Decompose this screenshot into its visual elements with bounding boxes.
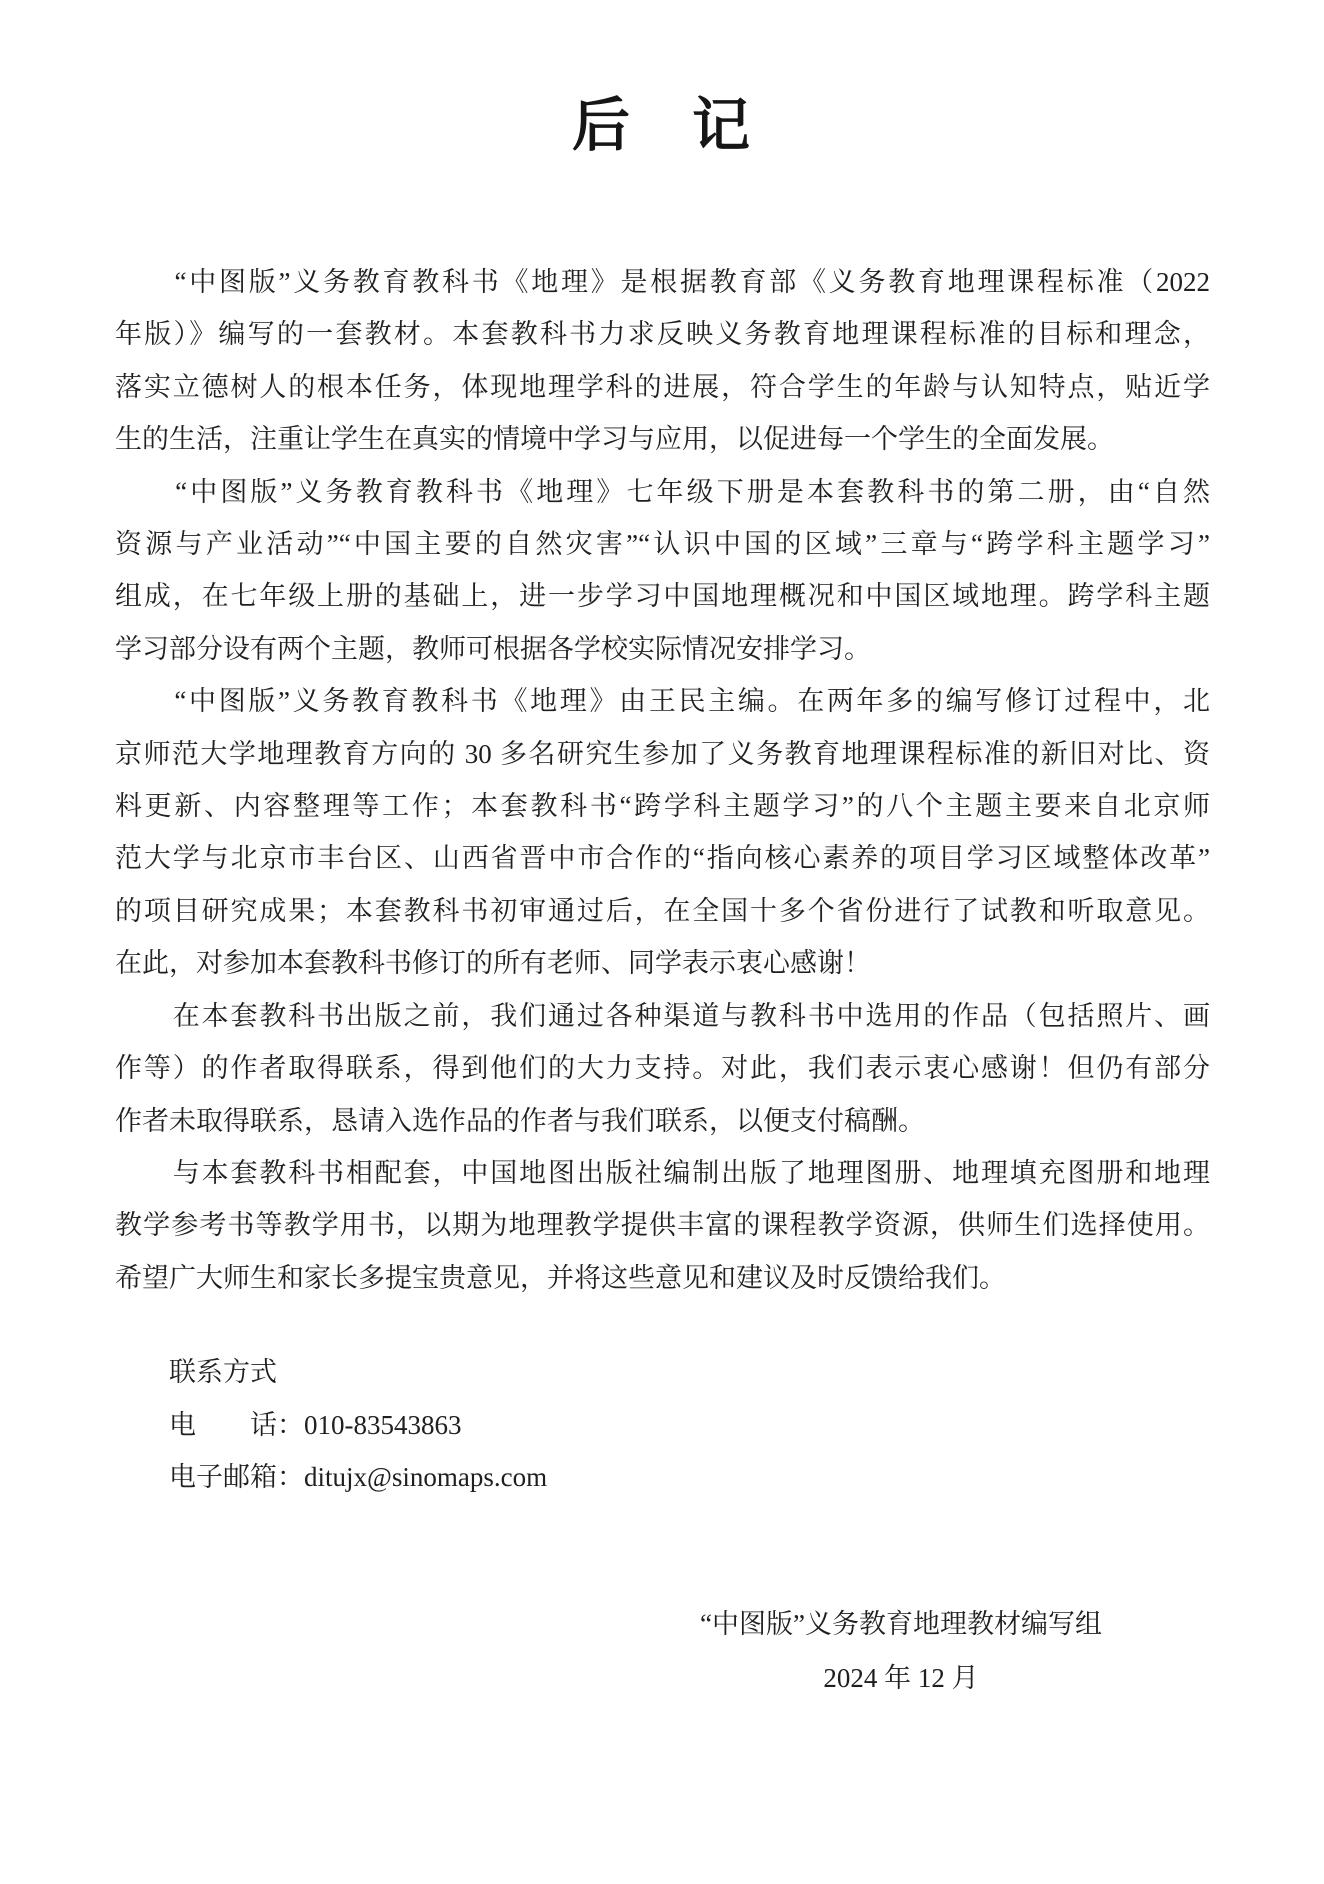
paragraph-line: 希望广大师生和家长多提宝贵意见，并将这些意见和建议及时反馈给我们。	[115, 1252, 1210, 1304]
paragraph-line: 生的生活，注重让学生在真实的情境中学习与应用，以促进每一个学生的全面发展。	[115, 413, 1210, 465]
signature-block: “中图版”义务教育地理教材编写组 2024 年 12 月	[700, 1597, 1102, 1705]
afterword-page: 后 记 “中图版”义务教育教科书《地理》是根据教育部《义务教育地理课程标准（20…	[0, 0, 1324, 1884]
paragraph-line: “中图版”义务教育教科书《地理》七年级下册是本套教科书的第二册，由“自然	[115, 466, 1210, 518]
paragraph-line: 学习部分设有两个主题，教师可根据各学校实际情况安排学习。	[115, 623, 1210, 675]
email-label: 电子邮箱：	[169, 1462, 304, 1492]
paragraph-line: 的项目研究成果；本套教科书初审通过后，在全国十多个省份进行了试教和听取意见。	[115, 885, 1210, 937]
paragraph-line: 教学参考书等教学用书，以期为地理教学提供丰富的课程教学资源，供师生们选择使用。	[115, 1199, 1210, 1251]
paragraph-line: “中图版”义务教育教科书《地理》是根据教育部《义务教育地理课程标准（2022	[115, 256, 1210, 308]
signature-group: “中图版”义务教育地理教材编写组	[700, 1597, 1102, 1651]
paragraph-line: 在此，对参加本套教科书修订的所有老师、同学表示衷心感谢！	[115, 937, 1210, 989]
phone-label: 电 话：	[169, 1410, 304, 1440]
paragraph-line: 落实立德树人的根本任务，体现地理学科的进展，符合学生的年龄与认知特点，贴近学	[115, 361, 1210, 413]
email-value: ditujx@sinomaps.com	[304, 1462, 547, 1492]
phone-value: 010-83543863	[304, 1410, 462, 1440]
contact-phone-line: 电 话：010-83543863	[169, 1399, 1324, 1451]
paragraph-line: 在本套教科书出版之前，我们通过各种渠道与教科书中选用的作品（包括照片、画	[115, 990, 1210, 1042]
paragraph-line: 京师范大学地理教育方向的 30 多名研究生参加了义务教育地理课程标准的新旧对比、…	[115, 728, 1210, 780]
page-title: 后 记	[0, 0, 1324, 155]
contact-section: 联系方式 电 话：010-83543863 电子邮箱：ditujx@sinoma…	[0, 1346, 1324, 1503]
body-paragraphs: “中图版”义务教育教科书《地理》是根据教育部《义务教育地理课程标准（2022年版…	[0, 256, 1324, 1304]
paragraph-line: 年版）》编写的一套教材。本套教科书力求反映义务教育地理课程标准的目标和理念，	[115, 308, 1210, 360]
paragraph-line: 料更新、内容整理等工作；本套教科书“跨学科主题学习”的八个主题主要来自北京师	[115, 780, 1210, 832]
paragraph-line: 作者未取得联系，恳请入选作品的作者与我们联系，以便支付稿酬。	[115, 1095, 1210, 1147]
contact-heading: 联系方式	[169, 1346, 1324, 1398]
paragraph-line: 范大学与北京市丰台区、山西省晋中市合作的“指向核心素养的项目学习区域整体改革”	[115, 832, 1210, 884]
paragraph-line: 作等）的作者取得联系，得到他们的大力支持。对此，我们表示衷心感谢！但仍有部分	[115, 1042, 1210, 1094]
paragraph-line: 资源与产业活动”“中国主要的自然灾害”“认识中国的区域”三章与“跨学科主题学习”	[115, 518, 1210, 570]
signature-date: 2024 年 12 月	[700, 1651, 1102, 1705]
paragraph-line: 与本套教科书相配套，中国地图出版社编制出版了地理图册、地理填充图册和地理	[115, 1147, 1210, 1199]
contact-email-line: 电子邮箱：ditujx@sinomaps.com	[169, 1451, 1324, 1503]
paragraph-line: “中图版”义务教育教科书《地理》由王民主编。在两年多的编写修订过程中，北	[115, 675, 1210, 727]
paragraph-line: 组成，在七年级上册的基础上，进一步学习中国地理概况和中国区域地理。跨学科主题	[115, 570, 1210, 622]
